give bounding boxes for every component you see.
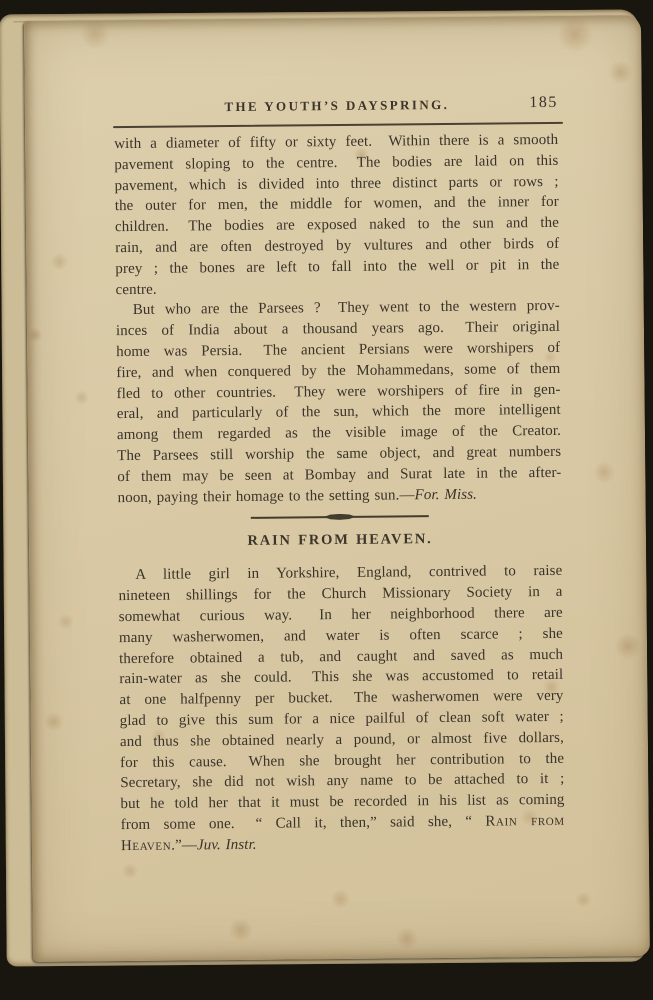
- text-segment: children. The bodies are exposed naked t…: [115, 215, 559, 235]
- text-segment: The Parsees still worship the same objec…: [117, 444, 561, 464]
- text-column: with a diameter of fifty or sixty feet. …: [114, 130, 565, 857]
- running-title: THE YOUTH’S DAYSPRING.: [114, 96, 560, 116]
- book-scan: THE YOUTH’S DAYSPRING. 185 with a diamet…: [0, 0, 653, 1000]
- text-segment: pavement, which is divided into three di…: [115, 173, 559, 193]
- text-segment: centre.: [116, 281, 157, 297]
- page-number: 185: [529, 94, 558, 112]
- text-segment: rain, and are often destroyed by vulture…: [115, 236, 559, 256]
- paragraph: A little girl in Yorkshire, England, con…: [118, 561, 565, 856]
- text-segment: from some one. “ Call it, then,” said sh…: [121, 814, 486, 833]
- text-segment: A little girl in Yorkshire, England, con…: [135, 563, 562, 583]
- text-line: from some one. “ Call it, then,” said sh…: [121, 811, 565, 836]
- header-rule: [113, 122, 563, 128]
- diamond-ornament-icon: [324, 514, 356, 520]
- text-segment: nineteen shillings for the Church Missio…: [118, 584, 562, 604]
- article-parsees: with a diameter of fifty or sixty feet. …: [114, 130, 562, 509]
- small-caps-text: Rain from: [485, 813, 564, 830]
- divider-line-left: [251, 516, 328, 518]
- text-segment: pavement sloping to the centre. The bodi…: [114, 153, 558, 173]
- text-segment: But who are the Parsees ? They went to t…: [133, 298, 560, 318]
- section-divider: [251, 511, 429, 522]
- small-caps-text: Heaven: [121, 837, 171, 853]
- paragraph: with a diameter of fifty or sixty feet. …: [114, 130, 560, 301]
- text-segment: for this cause. When she brought her con…: [120, 750, 564, 770]
- text-segment: of them may be seen at Bombay and Surat …: [117, 465, 561, 485]
- text-segment: home was Persia. The ancient Persians we…: [116, 340, 560, 360]
- text-segment: fled to other countries. They were worsh…: [117, 381, 561, 401]
- italic-source-citation: Juv. Instr.: [197, 837, 257, 854]
- text-segment: prey ; the bones are left to fall into t…: [115, 257, 559, 277]
- text-segment: therefore obtained a tub, and caught and…: [119, 646, 563, 666]
- book-page: THE YOUTH’S DAYSPRING. 185 with a diamet…: [24, 15, 650, 962]
- text-segment: noon, paying their homage to the setting…: [118, 487, 415, 506]
- text-segment: fire, and when conquered by the Mohammed…: [116, 361, 560, 381]
- text-line: noon, paying their homage to the setting…: [117, 483, 561, 508]
- text-line: Heaven.”—Juv. Instr.: [121, 832, 565, 857]
- text-segment: .”—: [171, 837, 197, 853]
- text-line: of them may be seen at Bombay and Surat …: [117, 463, 561, 488]
- text-segment: rain-water as she could. This she was ac…: [119, 667, 563, 687]
- text-segment: glad to give this sum for a nice pailful…: [120, 709, 564, 729]
- article-heading: RAIN FROM HEAVEN.: [118, 528, 562, 552]
- text-segment: eral, and particularly of the sun, which…: [117, 402, 561, 422]
- text-segment: at one halfpenny per bucket. The washerw…: [119, 688, 563, 708]
- italic-source-citation: For. Miss.: [414, 486, 477, 503]
- text-line: prey ; the bones are left to fall into t…: [115, 255, 559, 280]
- text-segment: many washerwomen, and water is often sca…: [119, 626, 563, 646]
- paragraph: But who are the Parsees ? They went to t…: [116, 296, 562, 508]
- text-segment: but he told her that it must be recorded…: [120, 792, 564, 812]
- text-segment: the outer for men, the middle for women,…: [115, 194, 559, 214]
- text-segment: inces of India about a thousand years ag…: [116, 319, 560, 339]
- text-segment: Secretary, she did not wish any name to …: [120, 771, 564, 791]
- text-segment: with a diameter of fifty or sixty feet. …: [114, 132, 558, 152]
- divider-line-right: [352, 515, 429, 517]
- text-segment: among them regarded as the visible image…: [117, 423, 561, 443]
- text-segment: and thus she obtained nearly a pound, or…: [120, 730, 564, 750]
- text-segment: somewhat curious way. In her neighborhoo…: [119, 605, 563, 625]
- article-rain: A little girl in Yorkshire, England, con…: [118, 561, 565, 856]
- page-header: THE YOUTH’S DAYSPRING. 185: [114, 96, 560, 120]
